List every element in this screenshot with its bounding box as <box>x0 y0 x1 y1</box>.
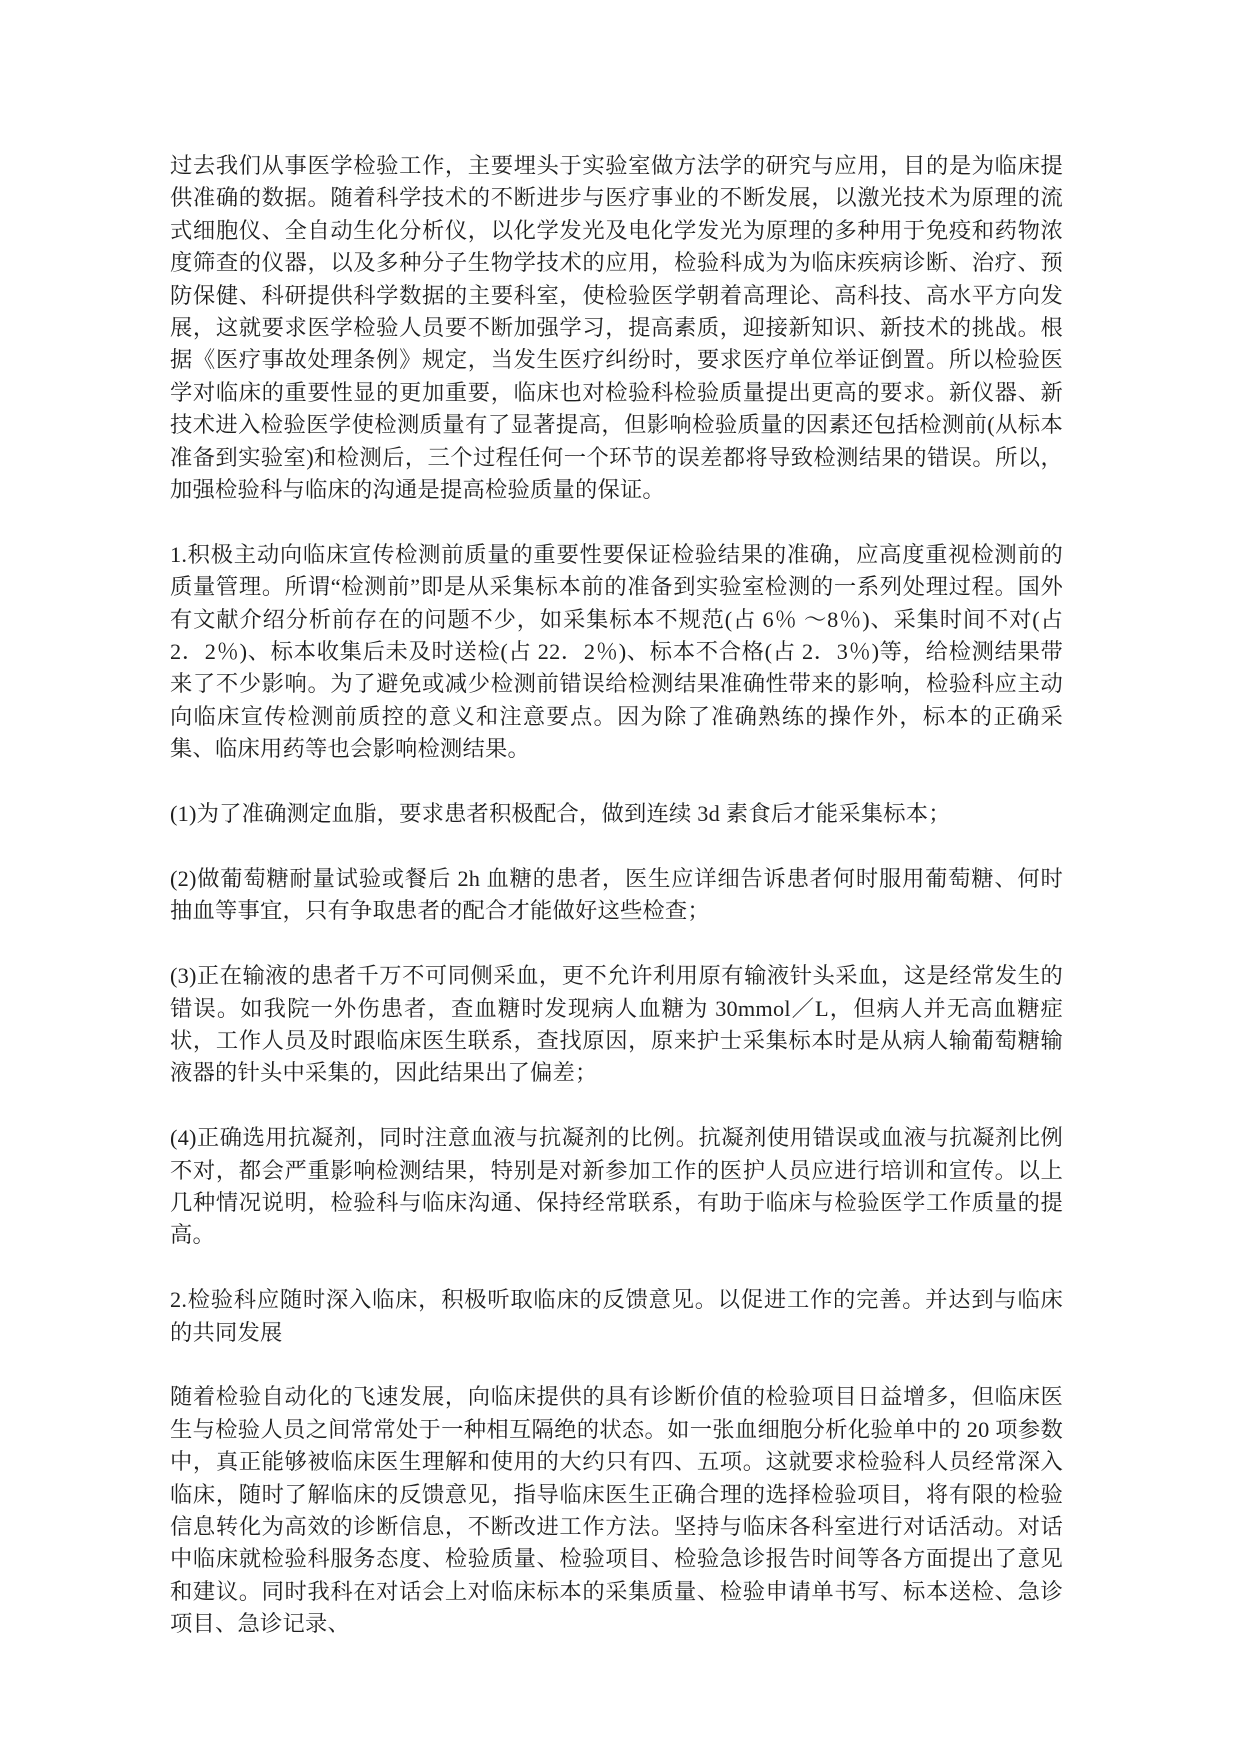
paragraph-item-3: (3)正在输液的患者千万不可同侧采血，更不允许利用原有输液针头采血，这是经常发生… <box>170 960 1063 1090</box>
document-page: 过去我们从事医学检验工作，主要埋头于实验室做方法学的研究与应用，目的是为临床提供… <box>170 150 1063 1641</box>
paragraph-section1: 1.积极主动向临床宣传检测前质量的重要性要保证检验结果的准确，应高度重视检测前的… <box>170 539 1063 766</box>
paragraph-item-2: (2)做葡萄糖耐量试验或餐后 2h 血糖的患者，医生应详细告诉患者何时服用葡萄糖… <box>170 863 1063 928</box>
paragraph-item-4: (4)正确选用抗凝剂，同时注意血液与抗凝剂的比例。抗凝剂使用错误或血液与抗凝剂比… <box>170 1122 1063 1252</box>
paragraph-item-1: (1)为了准确测定血脂，要求患者积极配合，做到连续 3d 素食后才能采集标本； <box>170 798 1063 830</box>
paragraph-intro: 过去我们从事医学检验工作，主要埋头于实验室做方法学的研究与应用，目的是为临床提供… <box>170 150 1063 506</box>
paragraph-section2-body: 随着检验自动化的飞速发展，向临床提供的具有诊断价值的检验项目日益增多，但临床医生… <box>170 1381 1063 1640</box>
paragraph-section2-heading: 2.检验科应随时深入临床，积极听取临床的反馈意见。以促进工作的完善。并达到与临床… <box>170 1284 1063 1349</box>
